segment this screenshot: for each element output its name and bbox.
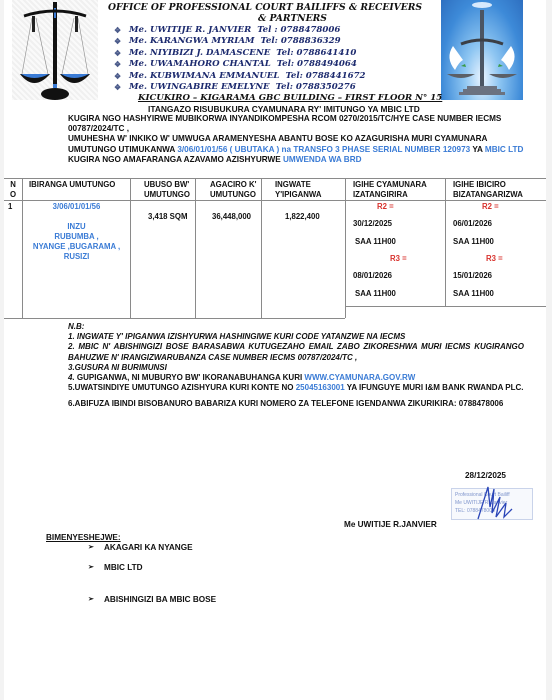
diamond-bullet-icon: ❖ <box>114 36 129 47</box>
partner-entry: ❖Me. UWINGABIRE EMELYNETel: 0788350276 <box>114 82 444 93</box>
partner-phone: Tel: 0788494064 <box>277 59 357 70</box>
partner-name: Me. UWITIJE R. JANVIER <box>129 25 251 36</box>
auction-table: N O IBIRANGA UMUTUNGO UBUSO BW' UMUTUNGO… <box>4 178 546 320</box>
header-agaciro: AGACIRO K' UMUTUNGO <box>210 180 256 199</box>
document-page: OFFICE OF PROFESSIONAL COURT BAILIFFS & … <box>4 0 546 700</box>
note-2: 2. MBIC N' ABISHINGIZI BOSE BARASABWA KU… <box>68 342 524 362</box>
recipient-item: ➢ ABISHINGIZI BA MBIC BOSE <box>88 595 216 604</box>
note-5: 5.UWATSINDIYE UMUTUNGO AZISHYURA KURI KO… <box>68 383 524 393</box>
property-reference: 3/06/01/01/56 ( UBUTAKA ) na TRANSFO 3 P… <box>177 145 470 154</box>
note-5-text: 5.UWATSINDIYE UMUTUNGO AZISHYURA KURI KO… <box>68 383 296 392</box>
notes-section: N.B: 1. INGWATE Y' IPIGANWA IZISHYURWA H… <box>68 322 524 410</box>
recipients-title: BIMENYESHEJWE: <box>46 533 121 542</box>
diamond-bullet-icon: ❖ <box>114 82 129 93</box>
note-5-text: YA IFUNGUYE MURI I&M BANK RWANDA PLC. <box>345 383 524 392</box>
table-border <box>261 178 262 318</box>
recipient-name: ABISHINGIZI BA MBIC BOSE <box>104 595 216 604</box>
table-border <box>4 200 546 201</box>
note-4-number: 4. <box>68 373 75 382</box>
table-border <box>345 178 346 318</box>
diamond-bullet-icon: ❖ <box>114 59 129 70</box>
note-4: 4. GUPIGANWA, NI MUBURYO BW' IKORANABUHA… <box>68 373 524 383</box>
arrow-bullet-icon: ➢ <box>88 595 104 604</box>
row-no: 1 <box>8 202 12 211</box>
office-title-line2: & PARTNERS <box>108 13 438 24</box>
partner-name: Me. UWINGABIRE EMELYNE <box>129 82 270 93</box>
partner-phone: Tel : 0788478006 <box>257 25 340 36</box>
recipient-item: ➢ AKAGARI KA NYANGE <box>88 543 193 552</box>
creditor-debt: UMWENDA WA BRD <box>283 155 362 164</box>
header-no: N O <box>10 180 16 199</box>
notice-intro: KUGIRA NGO HASHYIRWE MUBIKORWA INYANDIKO… <box>68 114 524 165</box>
table-border <box>130 178 131 318</box>
header-ibiranga: IBIRANGA UMUTUNGO <box>29 180 115 190</box>
header-igihe-cyamunara: IGIHE CYAMUNARA IZATANGIRIRA <box>353 180 427 199</box>
partner-name: Me. UWAMAHORO CHANTAL <box>129 59 271 70</box>
recipient-name: MBIC LTD <box>104 563 143 572</box>
price-announce-time: SAA 11H00 <box>453 237 494 246</box>
justice-doves-emblem-icon <box>441 0 523 100</box>
arrow-bullet-icon: ➢ <box>88 563 104 572</box>
auction-start-time: SAA 11H00 <box>355 237 396 246</box>
property-value: 36,448,000 <box>212 212 251 221</box>
notice-para2-text: KUGIRA NGO AMAFARANGA AZAVAMO AZISHYURWE <box>68 155 283 164</box>
partner-phone: Tel: 0788441672 <box>285 71 365 82</box>
diamond-bullet-icon: ❖ <box>114 48 129 59</box>
property-area: 3,418 SQM <box>148 212 187 221</box>
auction-start-time: SAA 11H00 <box>355 289 396 298</box>
diamond-bullet-icon: ❖ <box>114 25 129 36</box>
notice-para2-text: YA <box>470 145 485 154</box>
partner-entry: ❖Me. UWAMAHORO CHANTALTel: 0788494064 <box>114 59 444 70</box>
auction-start-date: 30/12/2025 <box>353 219 392 228</box>
header-ingwate: INGWATE Y'IPIGANWA <box>275 180 321 199</box>
notice-para2: UMUHESHA W' INKIKO W' UMWUGA ARAMENYESHA… <box>68 134 524 165</box>
auction-website-link[interactable]: WWW.CYAMUNARA.GOV.RW <box>304 373 415 382</box>
partner-entry: ❖Me. KARANGWA MYRIAMTel: 0788836329 <box>114 36 444 47</box>
note-4-text: GUPIGANWA, NI MUBURYO BW' IKORANABUHANGA… <box>75 373 305 382</box>
office-address: KICUKIRO – KIGARAMA GBC BUILDING – FIRST… <box>138 93 448 103</box>
price-announce-date: 15/01/2026 <box>453 271 492 280</box>
header-ubuso: UBUSO BW' UMUTUNGO <box>144 180 190 199</box>
round-label: R3 = <box>390 254 407 263</box>
header-igihe-ibiciro: IGIHE IBICIRO BIZATANGARIZWA <box>453 180 523 199</box>
notice-para1: KUGIRA NGO HASHYIRWE MUBIKORWA INYANDIKO… <box>68 114 524 134</box>
round-label: R2 = <box>377 202 394 211</box>
office-title: OFFICE OF PROFESSIONAL COURT BAILIFFS & … <box>108 2 438 24</box>
document-date: 28/12/2025 <box>465 471 506 480</box>
round-label: R2 = <box>482 202 499 211</box>
partner-name: Me. KUBWIMANA EMMANUEL <box>129 71 279 82</box>
diamond-bullet-icon: ❖ <box>114 71 129 82</box>
property-description: INZU RUBUMBA , NYANGE ,BUGARAMA , RUSIZI <box>23 222 130 262</box>
scales-of-justice-icon <box>12 0 98 100</box>
partner-entry: ❖Me. UWITIJE R. JANVIERTel : 0788478006 <box>114 25 444 36</box>
price-announce-time: SAA 11H00 <box>453 289 494 298</box>
debtor-name: MBIC LTD <box>485 145 524 154</box>
table-border <box>195 178 196 318</box>
table-border <box>345 306 546 307</box>
price-announce-date: 06/01/2026 <box>453 219 492 228</box>
office-title-line1: OFFICE OF PROFESSIONAL COURT BAILIFFS & … <box>108 2 438 13</box>
partner-entry: ❖Me. KUBWIMANA EMMANUELTel: 0788441672 <box>114 71 444 82</box>
note-1: 1. INGWATE Y' IPIGANWA IZISHYURWA HASHIN… <box>68 332 524 342</box>
notes-title: N.B: <box>68 322 524 332</box>
partner-phone: Tel: 0788641410 <box>276 48 356 59</box>
partners-list: ❖Me. UWITIJE R. JANVIERTel : 0788478006❖… <box>114 25 444 93</box>
notice-headline: ITANGAZO RISUBUKURA CYAMUNARA RY' IMITUN… <box>148 104 420 114</box>
official-stamp: Professional Court Bailiff Me UWITIJE R.… <box>451 488 533 520</box>
bank-account-number: 25045163001 <box>296 383 345 392</box>
partner-name: Me. NIYIBIZI J. DAMASCENE <box>129 48 270 59</box>
partner-name: Me. KARANGWA MYRIAM <box>129 36 255 47</box>
partner-entry: ❖Me. NIYIBIZI J. DAMASCENETel: 078864141… <box>114 48 444 59</box>
partner-phone: Tel: 0788836329 <box>261 36 341 47</box>
property-upi: 3/06/01/01/56 <box>23 202 130 212</box>
round-label: R3 = <box>486 254 503 263</box>
note-3: 3.GUSURA NI BURIMUNSI <box>68 363 524 373</box>
recipient-name: AKAGARI KA NYANGE <box>104 543 193 552</box>
bid-deposit: 1,822,400 <box>285 212 320 221</box>
table-border <box>445 178 446 306</box>
signature-scribble-icon <box>474 483 514 523</box>
signer-name: Me UWITIJE R.JANVIER <box>344 520 437 529</box>
table-border <box>4 178 546 179</box>
note-6: 6.ABIFUZA IBINDI BISOBANURO BABARIZA KUR… <box>68 399 524 409</box>
recipient-item: ➢ MBIC LTD <box>88 563 143 572</box>
auction-start-date: 08/01/2026 <box>353 271 392 280</box>
partner-phone: Tel: 0788350276 <box>276 82 356 93</box>
table-border <box>4 318 345 319</box>
arrow-bullet-icon: ➢ <box>88 543 104 552</box>
